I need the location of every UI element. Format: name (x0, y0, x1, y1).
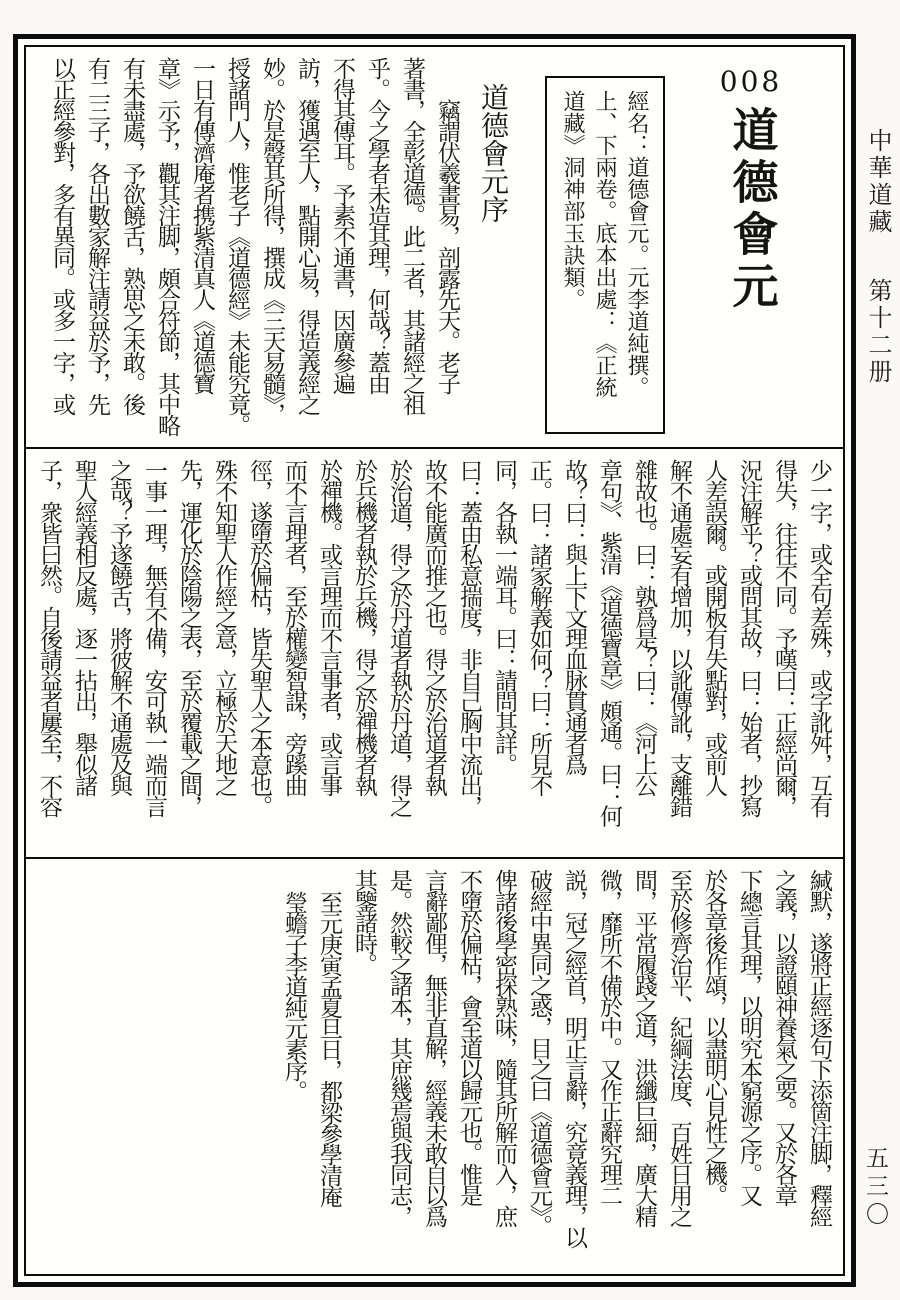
text-column: 於兵機者執於兵機，得之於禪機者執 (347, 459, 382, 847)
text-column: 於禪機。或言理而不言事者，或言事 (312, 459, 347, 847)
outer-border-frame: 008 道德會元 經名：道德會元。元李道純撰。 上、下兩卷。底本出處：《正統 道… (13, 34, 856, 1287)
text-column: 下總言其理，以明究本窮源之序。又 (732, 869, 767, 1264)
colophon-box: 經名：道德會元。元李道純撰。 上、下兩卷。底本出處：《正統 道藏》洞神部玉訣類。 (545, 76, 665, 434)
page-number: 五三〇 (861, 1146, 889, 1230)
text-column: 不墮於偏枯，會至道以歸元也。惟是 (452, 869, 487, 1264)
text-column: 訪，獲遇至人，點開心易，得造義經之 (290, 57, 325, 437)
text-column: 間，平常履踐之道，洪纖巨細，廣大精 (627, 869, 662, 1264)
signature-column: 至元庚寅孟夏旦日，都梁參學清庵 (312, 869, 347, 1264)
title-serial-number: 008 (720, 67, 782, 98)
colophon-line: 道藏》洞神部玉訣類。 (557, 90, 589, 420)
text-column: 之哉？予遂饒舌，將彼解不通處及與 (102, 459, 137, 847)
text-column: 先，運化於陰陽之表，至於覆載之間， (172, 459, 207, 847)
text-column: 緘默，遂將正經逐句下添箇注脚，釋經 (802, 869, 837, 1264)
text-column: 俾諸後學密探熟味，隨其所解而入，庶 (487, 869, 522, 1264)
text-column: 故？曰：與上下文理血脉貫通者爲 (557, 459, 592, 847)
text-column: 於各章後作頌，以盡明心見性之機。 (697, 869, 732, 1264)
text-column: 妙。於是罄其所得，撰成《三天易髓》， (255, 57, 290, 437)
text-column: 子，衆皆曰然。自後請益者屢至，不容 (32, 459, 67, 847)
volume-label: 第十二册 (864, 278, 890, 386)
text-column: 章句》、紫清《道德寶章》頗通。曰：何 (592, 459, 627, 847)
text-column: 得失，往往不同。予嘆曰：正經尚爾， (767, 459, 802, 847)
text-column: 一日有傳濟庵者携紫清真人《道德寶 (185, 57, 220, 437)
text-column: 而不言理者，至於權變智謀，旁蹊曲 (277, 459, 312, 847)
book-title: 道德會元 (725, 106, 778, 314)
signature-column: 瑩蟾子李道純元素序。 (277, 869, 312, 1264)
text-column: 言辭鄙俚，無非直解，經義未敢自以爲 (417, 869, 452, 1264)
text-column: 授諸門人，惟老子《道德經》未能究竟。 (220, 57, 255, 437)
text-column: 竊謂伏羲畫易，剖露先天。老子 (430, 57, 465, 437)
text-column: 章》示予，觀其注脚，頗合符節，其中略 (150, 57, 185, 437)
edition-caption: 中華道藏第十二册 (862, 128, 892, 386)
text-column: 同，各執一端耳。曰：請問其詳。 (487, 459, 522, 847)
text-column: 微，靡所不備於中。又作正辭究理二 (592, 869, 627, 1264)
text-column: 曰：蓋由私意揣度，非自己胸中流出， (452, 459, 487, 847)
text-column: 人差誤爾。或開板有失點對，或前人 (697, 459, 732, 847)
colophon-line: 經名：道德會元。元李道純撰。 (621, 90, 653, 420)
text-column: 正。曰：諸家解義如何？曰：所見不 (522, 459, 557, 847)
text-column: 著書，全彰道德。此二者，其諸經之祖 (395, 57, 430, 437)
text-column: 雜故也。曰：孰爲是？曰：《河上公 (627, 459, 662, 847)
band-top: 008 道德會元 經名：道德會元。元李道純撰。 上、下兩卷。底本出處：《正統 道… (26, 47, 843, 447)
preface-heading: 道德會元序 (473, 57, 511, 437)
text-column: 其鑒諸時。 (347, 869, 382, 1264)
title-block: 008 道德會元 (701, 57, 801, 437)
text-column: 是。然較之諸本，其庶幾焉與我同志， (382, 869, 417, 1264)
text-column: 解不通處妄有增加，以訛傳訛，支離錯 (662, 459, 697, 847)
text-column: 殊不知聖人作經之意，立極於天地之 (207, 459, 242, 847)
band-bottom: 緘默，遂將正經逐句下添箇注脚，釋經 之義，以證頤神養氣之要。又於各章 下總言其理… (26, 859, 843, 1274)
text-column: 況注解乎？或問其故，曰：始者，抄寫 (732, 459, 767, 847)
text-column: 以正經參對，多有異同。或多一字，或 (45, 57, 80, 437)
text-column: 一事一理，無有不備，安可執一端而言 (137, 459, 172, 847)
colophon-line: 上、下兩卷。底本出處：《正統 (589, 90, 621, 420)
text-column: 有未盡處，予欲饒舌，熟思之未敢。後 (115, 57, 150, 437)
band-middle: 少一字，或全句差殊，或字訛舛，互有 得失，往往不同。予嘆曰：正經尚爾， 況注解乎… (26, 449, 843, 857)
text-column: 之義，以證頤神養氣之要。又於各章 (767, 869, 802, 1264)
text-column: 聖人經義相反處，逐一拈出，舉似諸 (67, 459, 102, 847)
collection-title: 中華道藏 (864, 128, 890, 236)
text-column: 故不能廣而推之也。得之於治道者執 (417, 459, 452, 847)
text-column: 破經中異同之惑，目之曰《道德會元》。 (522, 869, 557, 1264)
text-column: 乎。今之學者未造其理，何哉？蓋由 (360, 57, 395, 437)
inner-border-frame: 008 道德會元 經名：道德會元。元李道純撰。 上、下兩卷。底本出處：《正統 道… (24, 45, 845, 1276)
text-column: 於治道，得之於丹道者執於丹道，得之 (382, 459, 417, 847)
text-column: 少一字，或全句差殊，或字訛舛，互有 (802, 459, 837, 847)
text-column: 説，冠之經首，明正言辭，究竟義理，以 (557, 869, 592, 1264)
text-column: 徑，遂墮於偏枯，皆失聖人之本意也。 (242, 459, 277, 847)
text-column: 有二三子，各出數家解注請益於予，先 (80, 57, 115, 437)
text-column: 至於修齊治平、紀綱法度、百姓日用之 (662, 869, 697, 1264)
scanned-book-page: { "edition": { "collection": "中華道藏", "vo… (0, 0, 900, 1300)
text-column: 不得其傳耳。予素不通書，因廣參遍 (325, 57, 360, 437)
